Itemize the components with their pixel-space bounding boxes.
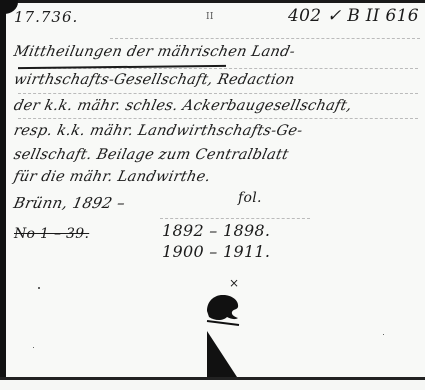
shelfmark: 402 ✓ B II 616 [288, 6, 419, 26]
title-line-5: sellschaft. Beilage zum Centralblatt [12, 147, 290, 163]
holdings-range-2: 1900 – 1911. [162, 242, 270, 261]
cross-mark: × [229, 276, 239, 290]
guide-line [160, 218, 310, 219]
title-line-4: resp. k.k. mähr. Landwirthschafts-Ge- [12, 123, 304, 139]
scan-margin [0, 380, 425, 390]
title-line-3: der k.k. mähr. schles. Ackerbaugesellsch… [12, 98, 353, 114]
card-left-edge [0, 0, 6, 378]
roman-numeral-mark: II [206, 12, 214, 22]
place-and-date: Brünn, 1892 – [12, 194, 127, 212]
struck-volume-note: No 1 – 39. [14, 226, 89, 242]
format-note: fol. [238, 190, 262, 206]
catalog-number: 17.736. [14, 8, 78, 26]
guide-line [110, 38, 420, 39]
scan-speck [38, 287, 40, 289]
scan-speck [383, 334, 384, 335]
scan-speck [33, 347, 34, 348]
title-line-6: für die mähr. Landwirthe. [12, 169, 212, 185]
card-top-edge [0, 0, 425, 3]
guide-line [18, 118, 418, 119]
title-line-2: wirthschafts-Gesellschaft, Redaction [12, 72, 296, 88]
holdings-range-1: 1892 – 1898. [162, 221, 270, 240]
title-line-1: Mittheilungen der mährischen Land- [12, 44, 296, 60]
guide-line [18, 93, 418, 94]
punch-hole-shadow-icon [205, 295, 255, 380]
